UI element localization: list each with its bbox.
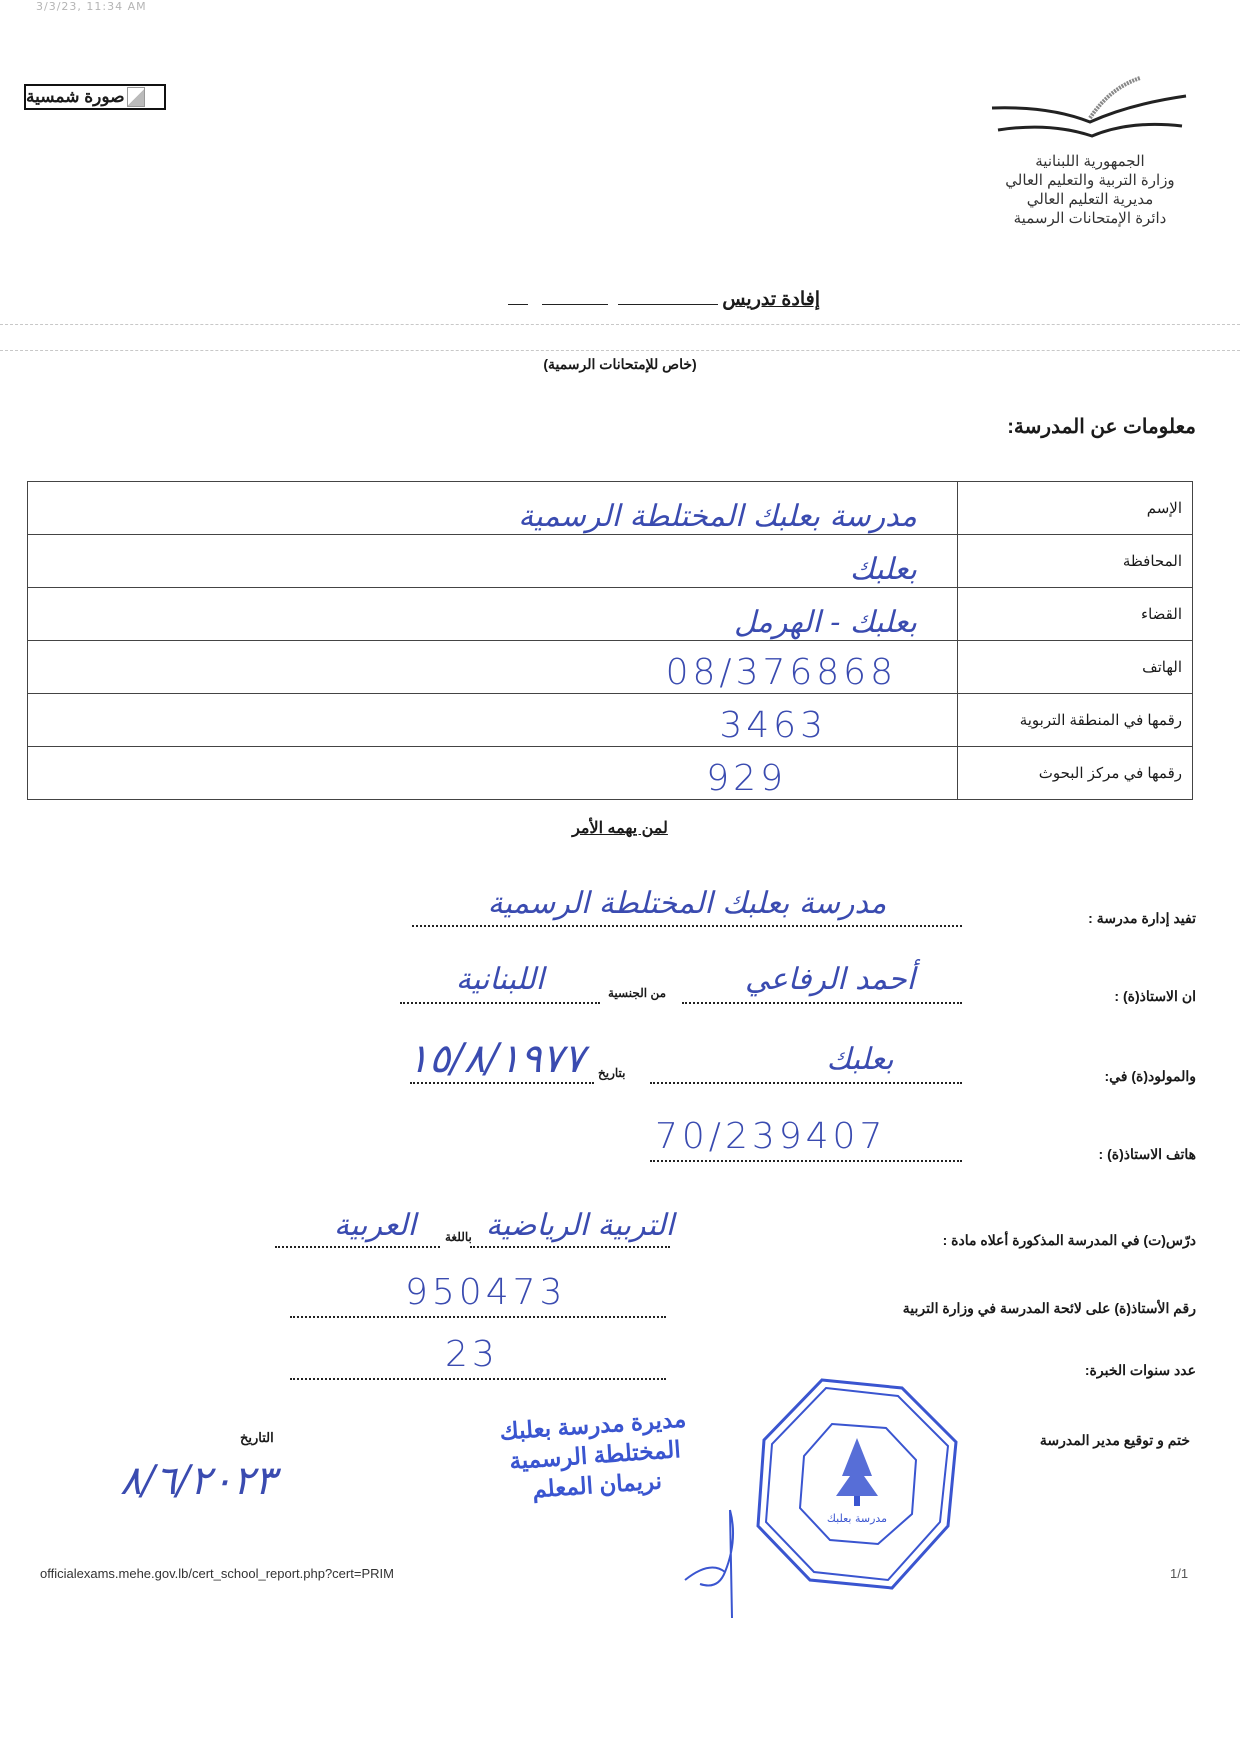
school-seal-icon: مدرسة بعلبك bbox=[752, 1376, 962, 1596]
teacher-number-label: رقم الأستاذ(ة) على لائحة المدرسة في وزار… bbox=[780, 1300, 1196, 1317]
experience-line bbox=[290, 1378, 666, 1380]
nationality-label: من الجنسية bbox=[608, 986, 666, 1000]
seal-inner-text: مدرسة بعلبك bbox=[827, 1512, 887, 1525]
language-value: العربية bbox=[300, 1208, 450, 1243]
subject-line bbox=[470, 1246, 670, 1248]
table-row: القضاء بعلبك - الهرمل bbox=[28, 588, 1193, 641]
teacher-number-line bbox=[290, 1316, 666, 1318]
to-whom-heading: لمن يهمه الأمر bbox=[520, 818, 720, 838]
ministry-header: الجمهورية اللبنانية وزارة التربية والتعل… bbox=[980, 152, 1200, 228]
divider bbox=[0, 324, 1240, 325]
ministry-line-2: وزارة التربية والتعليم العالي bbox=[980, 171, 1200, 190]
teacher-number-value: 950473 bbox=[405, 1272, 566, 1313]
row-value: مدرسة بعلبك المختلطة الرسمية bbox=[28, 482, 958, 535]
teacher-phone-value: 70/239407 bbox=[655, 1116, 886, 1157]
birthplace-line bbox=[650, 1082, 962, 1084]
school-admin-line bbox=[412, 925, 962, 927]
ministry-line-1: الجمهورية اللبنانية bbox=[980, 152, 1200, 171]
birthplace-label: والمولود(ة) في: bbox=[1060, 1068, 1196, 1085]
document-subtitle: (خاص للإمتحانات الرسمية) bbox=[400, 356, 840, 373]
subject-value: التربية الرياضية bbox=[470, 1208, 690, 1243]
teacher-name-value: أحمد الرفاعي bbox=[700, 962, 960, 997]
broken-image-icon bbox=[127, 87, 145, 107]
ministry-line-4: دائرة الإمتحانات الرسمية bbox=[980, 209, 1200, 228]
signature-icon bbox=[680, 1500, 760, 1620]
table-row: رقمها في المنطقة التربوية 3463 bbox=[28, 694, 1193, 747]
school-info-heading: معلومات عن المدرسة: bbox=[900, 414, 1196, 439]
photo-label: صورة شمسية bbox=[26, 87, 125, 107]
school-phone-value: 08/376868 bbox=[666, 652, 897, 693]
teacher-phone-line bbox=[650, 1160, 962, 1162]
row-label: الإسم bbox=[958, 482, 1193, 535]
title-underline bbox=[542, 304, 608, 305]
research-center-number-value: 929 bbox=[706, 758, 787, 799]
subject-label: درّس(ت) في المدرسة المذكورة أعلاه مادة : bbox=[860, 1232, 1196, 1249]
ministry-line-3: مديرية التعليم العالي bbox=[980, 190, 1200, 209]
principal-name-stamp: مديرة مدرسة بعلبك المختلطة الرسمية نريما… bbox=[457, 1401, 733, 1510]
birthdate-value: ١٥/٨/١٩٧٧ bbox=[396, 1036, 596, 1082]
table-row: الهاتف 08/376868 bbox=[28, 641, 1193, 694]
school-info-table: الإسم مدرسة بعلبك المختلطة الرسمية المحا… bbox=[27, 481, 1193, 800]
teacher-phone-label: هاتف الاستاذ(ة) : bbox=[1040, 1146, 1196, 1163]
school-admin-value: مدرسة بعلبك المختلطة الرسمية bbox=[412, 886, 962, 921]
birthdate-line bbox=[410, 1082, 594, 1084]
document-title: إفادة تدريس bbox=[722, 289, 820, 310]
row-label: الهاتف bbox=[958, 641, 1193, 694]
birthplace-value: بعلبك bbox=[760, 1042, 960, 1077]
row-value: 08/376868 bbox=[28, 641, 958, 694]
governorate-value: بعلبك bbox=[850, 552, 917, 587]
footer-url: officialexams.mehe.gov.lb/cert_school_re… bbox=[40, 1566, 394, 1581]
date-value: ٨/٦/٢٠٢٣ bbox=[120, 1458, 276, 1504]
nationality-value: اللبنانية bbox=[400, 962, 600, 997]
teacher-label: ان الاستاذ(ة) : bbox=[1060, 988, 1196, 1005]
title-underline bbox=[508, 304, 528, 305]
page-number: 1/1 bbox=[1170, 1566, 1188, 1581]
language-line bbox=[275, 1246, 440, 1248]
ministry-logo-icon bbox=[990, 74, 1190, 148]
table-row: رقمها في مركز البحوث 929 bbox=[28, 747, 1193, 800]
divider bbox=[0, 350, 1240, 351]
photo-placeholder: صورة شمسية bbox=[24, 84, 166, 110]
row-label: رقمها في المنطقة التربوية bbox=[958, 694, 1193, 747]
row-value: 929 bbox=[28, 747, 958, 800]
title-underline bbox=[618, 304, 718, 305]
school-name-value: مدرسة بعلبك المختلطة الرسمية bbox=[518, 499, 917, 534]
district-value: بعلبك - الهرمل bbox=[734, 605, 917, 640]
row-value: بعلبك - الهرمل bbox=[28, 588, 958, 641]
date-label: التاريخ bbox=[240, 1430, 274, 1446]
nationality-line bbox=[400, 1002, 600, 1004]
experience-label: عدد سنوات الخبرة: bbox=[1000, 1362, 1196, 1379]
row-label: المحافظة bbox=[958, 535, 1193, 588]
region-number-value: 3463 bbox=[719, 705, 827, 746]
table-row: الإسم مدرسة بعلبك المختلطة الرسمية bbox=[28, 482, 1193, 535]
row-label: القضاء bbox=[958, 588, 1193, 641]
row-value: بعلبك bbox=[28, 535, 958, 588]
teacher-line bbox=[682, 1002, 962, 1004]
print-timestamp: 3/3/23, 11:34 AM bbox=[36, 0, 147, 13]
school-admin-label: تفيد إدارة مدرسة : bbox=[990, 910, 1196, 927]
experience-value: 23 bbox=[445, 1334, 499, 1375]
birthdate-label: بتاريخ bbox=[598, 1066, 626, 1080]
row-label: رقمها في مركز البحوث bbox=[958, 747, 1193, 800]
row-value: 3463 bbox=[28, 694, 958, 747]
stamp-signature-label: ختم و توقيع مدير المدرسة bbox=[990, 1432, 1190, 1449]
table-row: المحافظة بعلبك bbox=[28, 535, 1193, 588]
document-title-row: إفادة تدريس bbox=[380, 288, 820, 318]
